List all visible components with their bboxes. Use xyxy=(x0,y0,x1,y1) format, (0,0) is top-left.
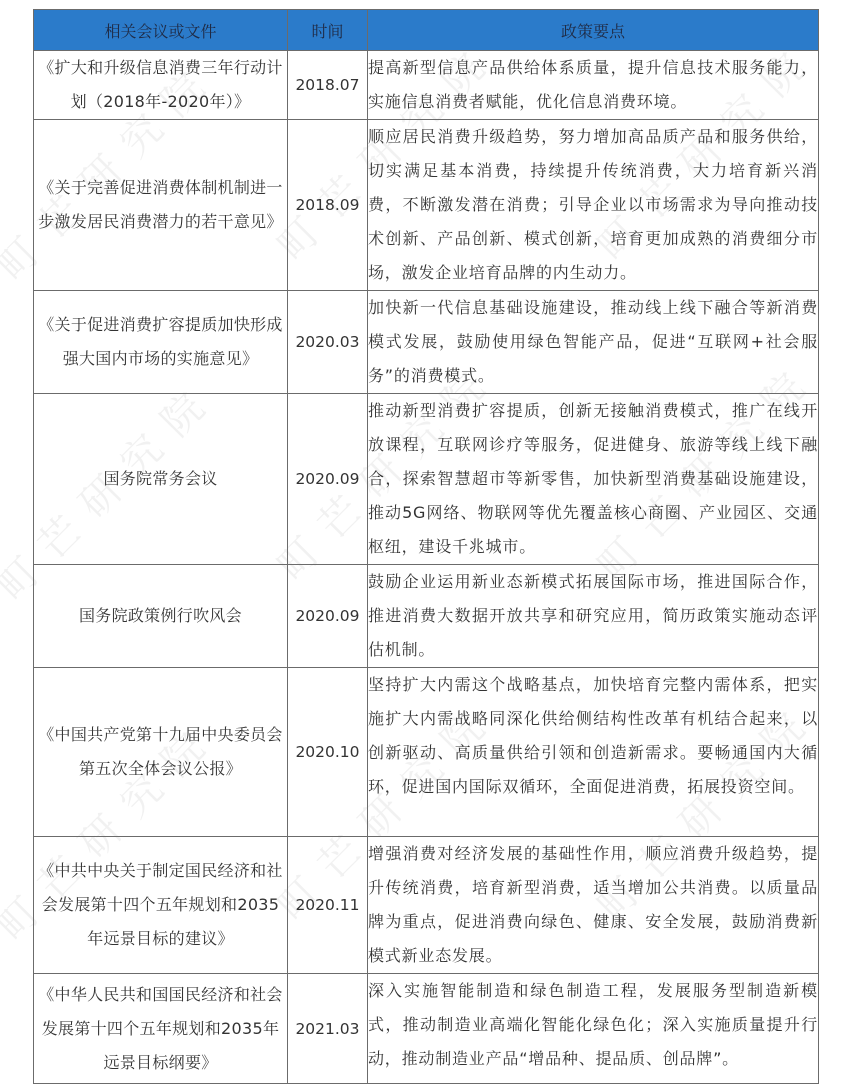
time-cell: 2020.09 xyxy=(288,565,368,668)
time-cell: 2018.09 xyxy=(288,120,368,291)
document-cell: 国务院政策例行吹风会 xyxy=(34,565,288,668)
table-row: 国务院政策例行吹风会 2020.09 鼓励企业运用新业态新模式拓展国际市场，推进… xyxy=(34,565,819,668)
document-cell: 《扩大和升级信息消费三年行动计划（2018年-2020年）》 xyxy=(34,51,288,120)
document-cell: 《中国共产党第十九届中央委员会第五次全体会议公报》 xyxy=(34,668,288,837)
policy-points-cell: 加快新一代信息基础设施建设，推动线上线下融合等新消费模式发展，鼓励使用绿色智能产… xyxy=(368,291,819,394)
table-row: 《中华人民共和国国民经济和社会发展第十四个五年规划和2035年远景目标纲要》 2… xyxy=(34,974,819,1084)
time-cell: 2020.03 xyxy=(288,291,368,394)
policy-points-cell: 增强消费对经济发展的基础性作用，顺应消费升级趋势，提升传统消费，培育新型消费，适… xyxy=(368,837,819,974)
document-cell: 国务院常务会议 xyxy=(34,394,288,565)
policy-points-cell: 顺应居民消费升级趋势，努力增加高品质产品和服务供给，切实满足基本消费，持续提升传… xyxy=(368,120,819,291)
table-row: 《中国共产党第十九届中央委员会第五次全体会议公报》 2020.10 坚持扩大内需… xyxy=(34,668,819,837)
header-time: 时间 xyxy=(288,10,368,51)
table-row: 《中共中央关于制定国民经济和社会发展第十四个五年规划和2035年远景目标的建议》… xyxy=(34,837,819,974)
table-row: 国务院常务会议 2020.09 推动新型消费扩容提质，创新无接触消费模式，推广在… xyxy=(34,394,819,565)
document-cell: 《关于促进消费扩容提质加快形成强大国内市场的实施意见》 xyxy=(34,291,288,394)
policy-table: 相关会议或文件 时间 政策要点 《扩大和升级信息消费三年行动计划（2018年-2… xyxy=(33,9,819,1084)
table-row: 《扩大和升级信息消费三年行动计划（2018年-2020年）》 2018.07 提… xyxy=(34,51,819,120)
time-cell: 2020.10 xyxy=(288,668,368,837)
page: 町芒研究院 町芒研究院 町芒研究院 町芒研究院 町芒研究院 町芒研究院 町芒研究… xyxy=(0,0,850,1086)
header-document: 相关会议或文件 xyxy=(34,10,288,51)
table-row: 《关于促进消费扩容提质加快形成强大国内市场的实施意见》 2020.03 加快新一… xyxy=(34,291,819,394)
header-policy-points: 政策要点 xyxy=(368,10,819,51)
policy-points-cell: 坚持扩大内需这个战略基点，加快培育完整内需体系，把实施扩大内需战略同深化供给侧结… xyxy=(368,668,819,837)
document-cell: 《中共中央关于制定国民经济和社会发展第十四个五年规划和2035年远景目标的建议》 xyxy=(34,837,288,974)
time-cell: 2021.03 xyxy=(288,974,368,1084)
policy-points-cell: 深入实施智能制造和绿色制造工程，发展服务型制造新模式，推动制造业高端化智能化绿色… xyxy=(368,974,819,1084)
time-cell: 2020.09 xyxy=(288,394,368,565)
document-cell: 《关于完善促进消费体制机制进一步激发居民消费潜力的若干意见》 xyxy=(34,120,288,291)
time-cell: 2020.11 xyxy=(288,837,368,974)
document-cell: 《中华人民共和国国民经济和社会发展第十四个五年规划和2035年远景目标纲要》 xyxy=(34,974,288,1084)
policy-points-cell: 推动新型消费扩容提质，创新无接触消费模式，推广在线开放课程，互联网诊疗等服务，促… xyxy=(368,394,819,565)
time-cell: 2018.07 xyxy=(288,51,368,120)
policy-points-cell: 提高新型信息产品供给体系质量，提升信息技术服务能力，实施信息消费者赋能，优化信息… xyxy=(368,51,819,120)
policy-points-cell: 鼓励企业运用新业态新模式拓展国际市场，推进国际合作，推进消费大数据开放共享和研究… xyxy=(368,565,819,668)
table-header: 相关会议或文件 时间 政策要点 xyxy=(34,10,819,51)
table-row: 《关于完善促进消费体制机制进一步激发居民消费潜力的若干意见》 2018.09 顺… xyxy=(34,120,819,291)
